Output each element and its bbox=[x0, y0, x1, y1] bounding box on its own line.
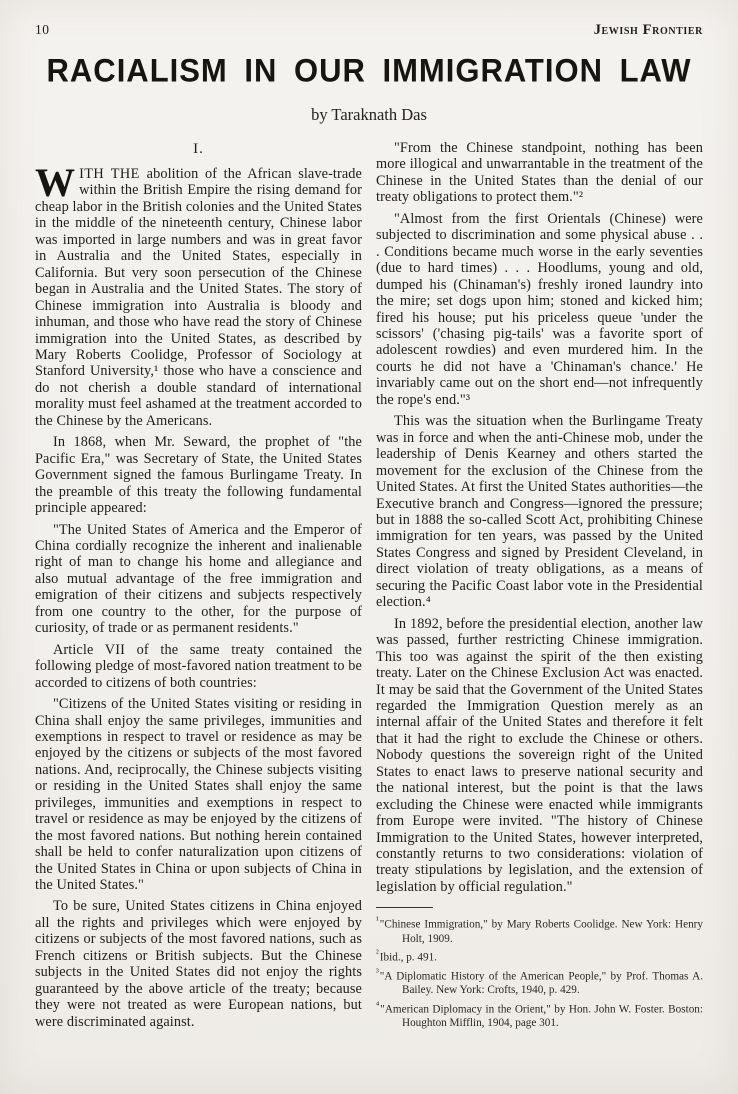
page-number: 10 bbox=[35, 22, 50, 38]
section-heading: I. bbox=[35, 141, 362, 158]
magazine-page: 10 Jewish Frontier RACIALISM IN OUR IMMI… bbox=[0, 0, 738, 1094]
paragraph-quote: "From the Chinese standpoint, nothing ha… bbox=[376, 140, 703, 206]
paragraph: Article VII of the same treaty contained… bbox=[35, 642, 362, 691]
paragraph-quote: "Almost from the first Orientals (Chines… bbox=[376, 211, 703, 408]
footnote-marker: ¹ bbox=[376, 916, 379, 926]
footnote-marker: ³ bbox=[376, 968, 379, 978]
paragraph: To be sure, United States citizens in Ch… bbox=[35, 898, 362, 1030]
page-header: 10 Jewish Frontier bbox=[35, 22, 703, 39]
paragraph-quote: "Citizens of the United States visiting … bbox=[35, 696, 362, 893]
journal-name: Jewish Frontier bbox=[594, 22, 703, 39]
lead-text: abolition of the African slave-trade wit… bbox=[35, 166, 362, 429]
lead-caps: ITH THE bbox=[79, 166, 147, 182]
footnote: ¹"Chinese Immigration," by Mary Roberts … bbox=[376, 915, 703, 946]
footnote-rule bbox=[376, 907, 433, 908]
footnote: ²Ibid., p. 491. bbox=[376, 948, 703, 965]
footnotes: ¹"Chinese Immigration," by Mary Roberts … bbox=[376, 907, 703, 1030]
drop-cap: W bbox=[35, 166, 79, 197]
footnote-marker: ² bbox=[376, 949, 379, 959]
footnote-text: "Chinese Immigration," by Mary Roberts C… bbox=[380, 919, 703, 944]
footnote: ³"A Diplomatic History of the American P… bbox=[376, 967, 703, 998]
footnote-text: Ibid., p. 491. bbox=[380, 952, 437, 964]
article-columns: I. WITH THE abolition of the African sla… bbox=[35, 139, 703, 1035]
paragraph: In 1868, when Mr. Seward, the prophet of… bbox=[35, 434, 362, 516]
footnote: ⁴"American Diplomacy in the Orient," by … bbox=[376, 1000, 703, 1031]
article-byline: by Taraknath Das bbox=[35, 105, 703, 125]
paragraph: This was the situation when the Burlinga… bbox=[376, 413, 703, 610]
paragraph: In 1892, before the presidential electio… bbox=[376, 616, 703, 896]
footnote-marker: ⁴ bbox=[376, 1001, 379, 1011]
paragraph-quote: "The United States of America and the Em… bbox=[35, 522, 362, 637]
footnote-text: "American Diplomacy in the Orient," by H… bbox=[380, 1003, 703, 1028]
paragraph-lead: WITH THE abolition of the African slave-… bbox=[35, 166, 362, 429]
footnote-text: "A Diplomatic History of the American Pe… bbox=[380, 971, 703, 996]
left-column: I. WITH THE abolition of the African sla… bbox=[35, 139, 362, 1035]
article-title: RACIALISM IN OUR IMMIGRATION LAW bbox=[35, 52, 703, 89]
right-column: "From the Chinese standpoint, nothing ha… bbox=[376, 139, 703, 1035]
